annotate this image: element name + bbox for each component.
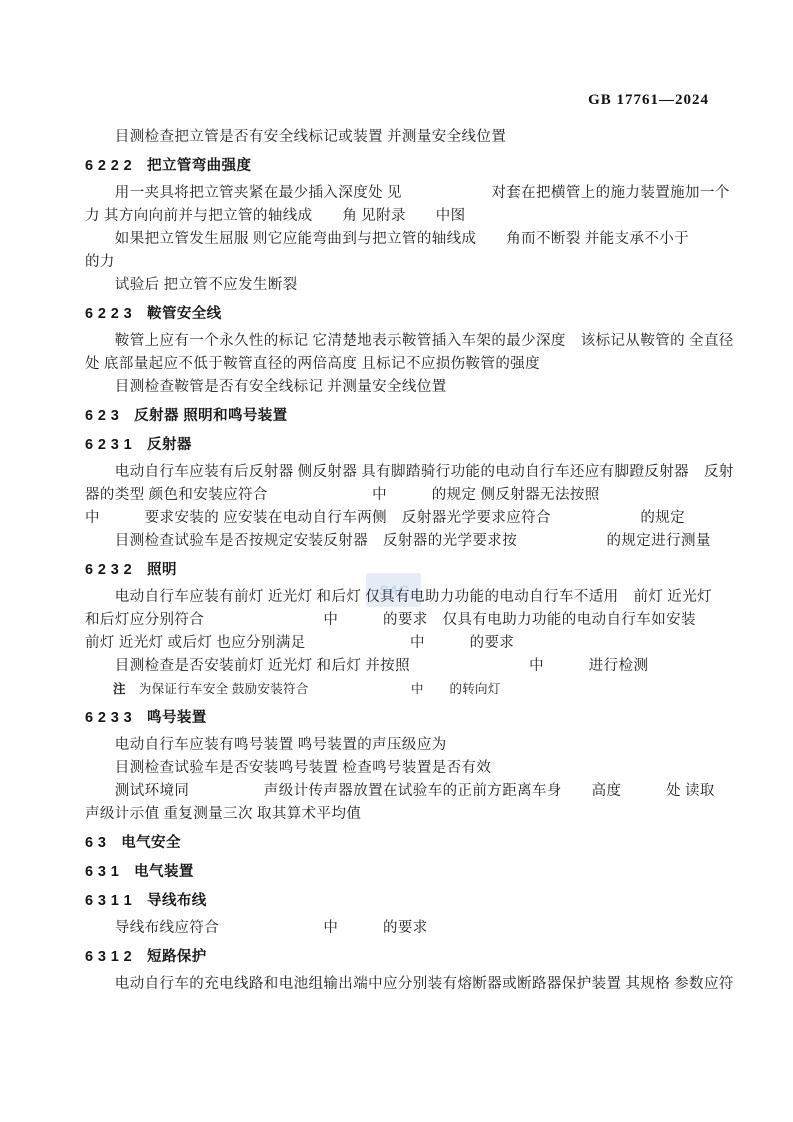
paragraph-line: 测试环境同 声级计传声器放置在试验车的正前方距离车身 高度 处 读取	[85, 780, 725, 803]
section-heading: 6 3 1 1 导线布线	[85, 890, 725, 913]
paragraph-line: 力 其方向向前并与把立管的轴线成 角 见附录 中图	[85, 205, 725, 228]
paragraph-line: 前灯 近光灯 或后灯 也应分别满足 中 的要求	[85, 632, 725, 655]
paragraph-line: 如果把立管发生屈服 则它应能弯曲到与把立管的轴线成 角而不断裂 并能支承不小于	[85, 228, 725, 251]
paragraph-line: 中 要求安装的 应安装在电动自行车两侧 反射器光学要求应符合 的规定	[85, 507, 725, 530]
section-heading: 6 3 1 电气装置	[85, 861, 725, 884]
paragraph-line: 导线布线应符合 中 的要求	[85, 917, 725, 940]
paragraph-line: 鞍管上应有一个永久性的标记 它清楚地表示鞍管插入车架的最少深度 该标记从鞍管的 …	[85, 330, 725, 353]
section-heading: 6 2 3 反射器 照明和鸣号装置	[85, 405, 725, 428]
section-heading: 6 3 电气安全	[85, 832, 725, 855]
paragraph-line: 用一夹具将把立管夹紧在最少插入深度处 见 对套在把横管上的施力装置施加一个	[85, 182, 725, 205]
note-text: 为保证行车安全 鼓励安装符合 中 的转向灯	[139, 682, 501, 696]
section-heading: 6 2 3 1 反射器	[85, 434, 725, 457]
section-heading: 6 3 1 2 短路保护	[85, 946, 725, 969]
paragraph-line: 的力	[85, 251, 725, 274]
paragraph-line: 目测检查鞍管是否有安全线标记 并测量安全线位置	[85, 376, 725, 399]
paragraph-line: 和后灯应分别符合 中 的要求 仅具有电助力功能的电动自行车如安装	[85, 609, 725, 632]
paragraph-line: 试验后 把立管不应发生断裂	[85, 274, 725, 297]
section-heading: 6 2 3 3 鸣号装置	[85, 707, 725, 730]
paragraph-line: 器的类型 颜色和安装应符合 中 的规定 侧反射器无法按照	[85, 484, 725, 507]
standard-number-header: GB 17761—2024	[588, 92, 709, 109]
document-body: 目测检查把立管是否有安全线标记或装置 并测量安全线位置6 2 2 2 把立管弯曲…	[85, 126, 725, 996]
paragraph-line: 电动自行车的充电线路和电池组输出端中应分别装有熔断器或断路器保护装置 其规格 参…	[85, 973, 725, 996]
paragraph-line: 电动自行车应装有后反射器 侧反射器 具有脚踏骑行功能的电动自行车还应有脚蹬反射器…	[85, 461, 725, 484]
paragraph-line: 电动自行车应装有鸣号装置 鸣号装置的声压级应为	[85, 734, 725, 757]
paragraph-line: 声级计示值 重复测量三次 取其算术平均值	[85, 803, 725, 826]
section-heading: 6 2 2 3 鞍管安全线	[85, 303, 725, 326]
section-heading: 6 2 3 2 照明	[85, 559, 725, 582]
paragraph-line: 目测检查把立管是否有安全线标记或装置 并测量安全线位置	[85, 126, 725, 149]
paragraph-line: 电动自行车应装有前灯 近光灯 和后灯 仅具有电助力功能的电动自行车不适用 前灯 …	[85, 586, 725, 609]
paragraph-line: 目测检查试验车是否安装鸣号装置 检查鸣号装置是否有效	[85, 757, 725, 780]
section-heading: 6 2 2 2 把立管弯曲强度	[85, 155, 725, 178]
paragraph-line: 目测检查是否安装前灯 近光灯 和后灯 并按照 中 进行检测	[85, 655, 725, 678]
note-line: 注为保证行车安全 鼓励安装符合 中 的转向灯	[85, 678, 725, 701]
document-page: GB 17761—2024 SAC 目测检查把立管是否有安全线标记或装置 并测量…	[0, 0, 793, 1122]
note-label: 注	[113, 682, 126, 696]
paragraph-line: 目测检查试验车是否按规定安装反射器 反射器的光学要求按 的规定进行测量	[85, 530, 725, 553]
paragraph-line: 处 底部量起应不低于鞍管直径的两倍高度 且标记不应损伤鞍管的强度	[85, 353, 725, 376]
